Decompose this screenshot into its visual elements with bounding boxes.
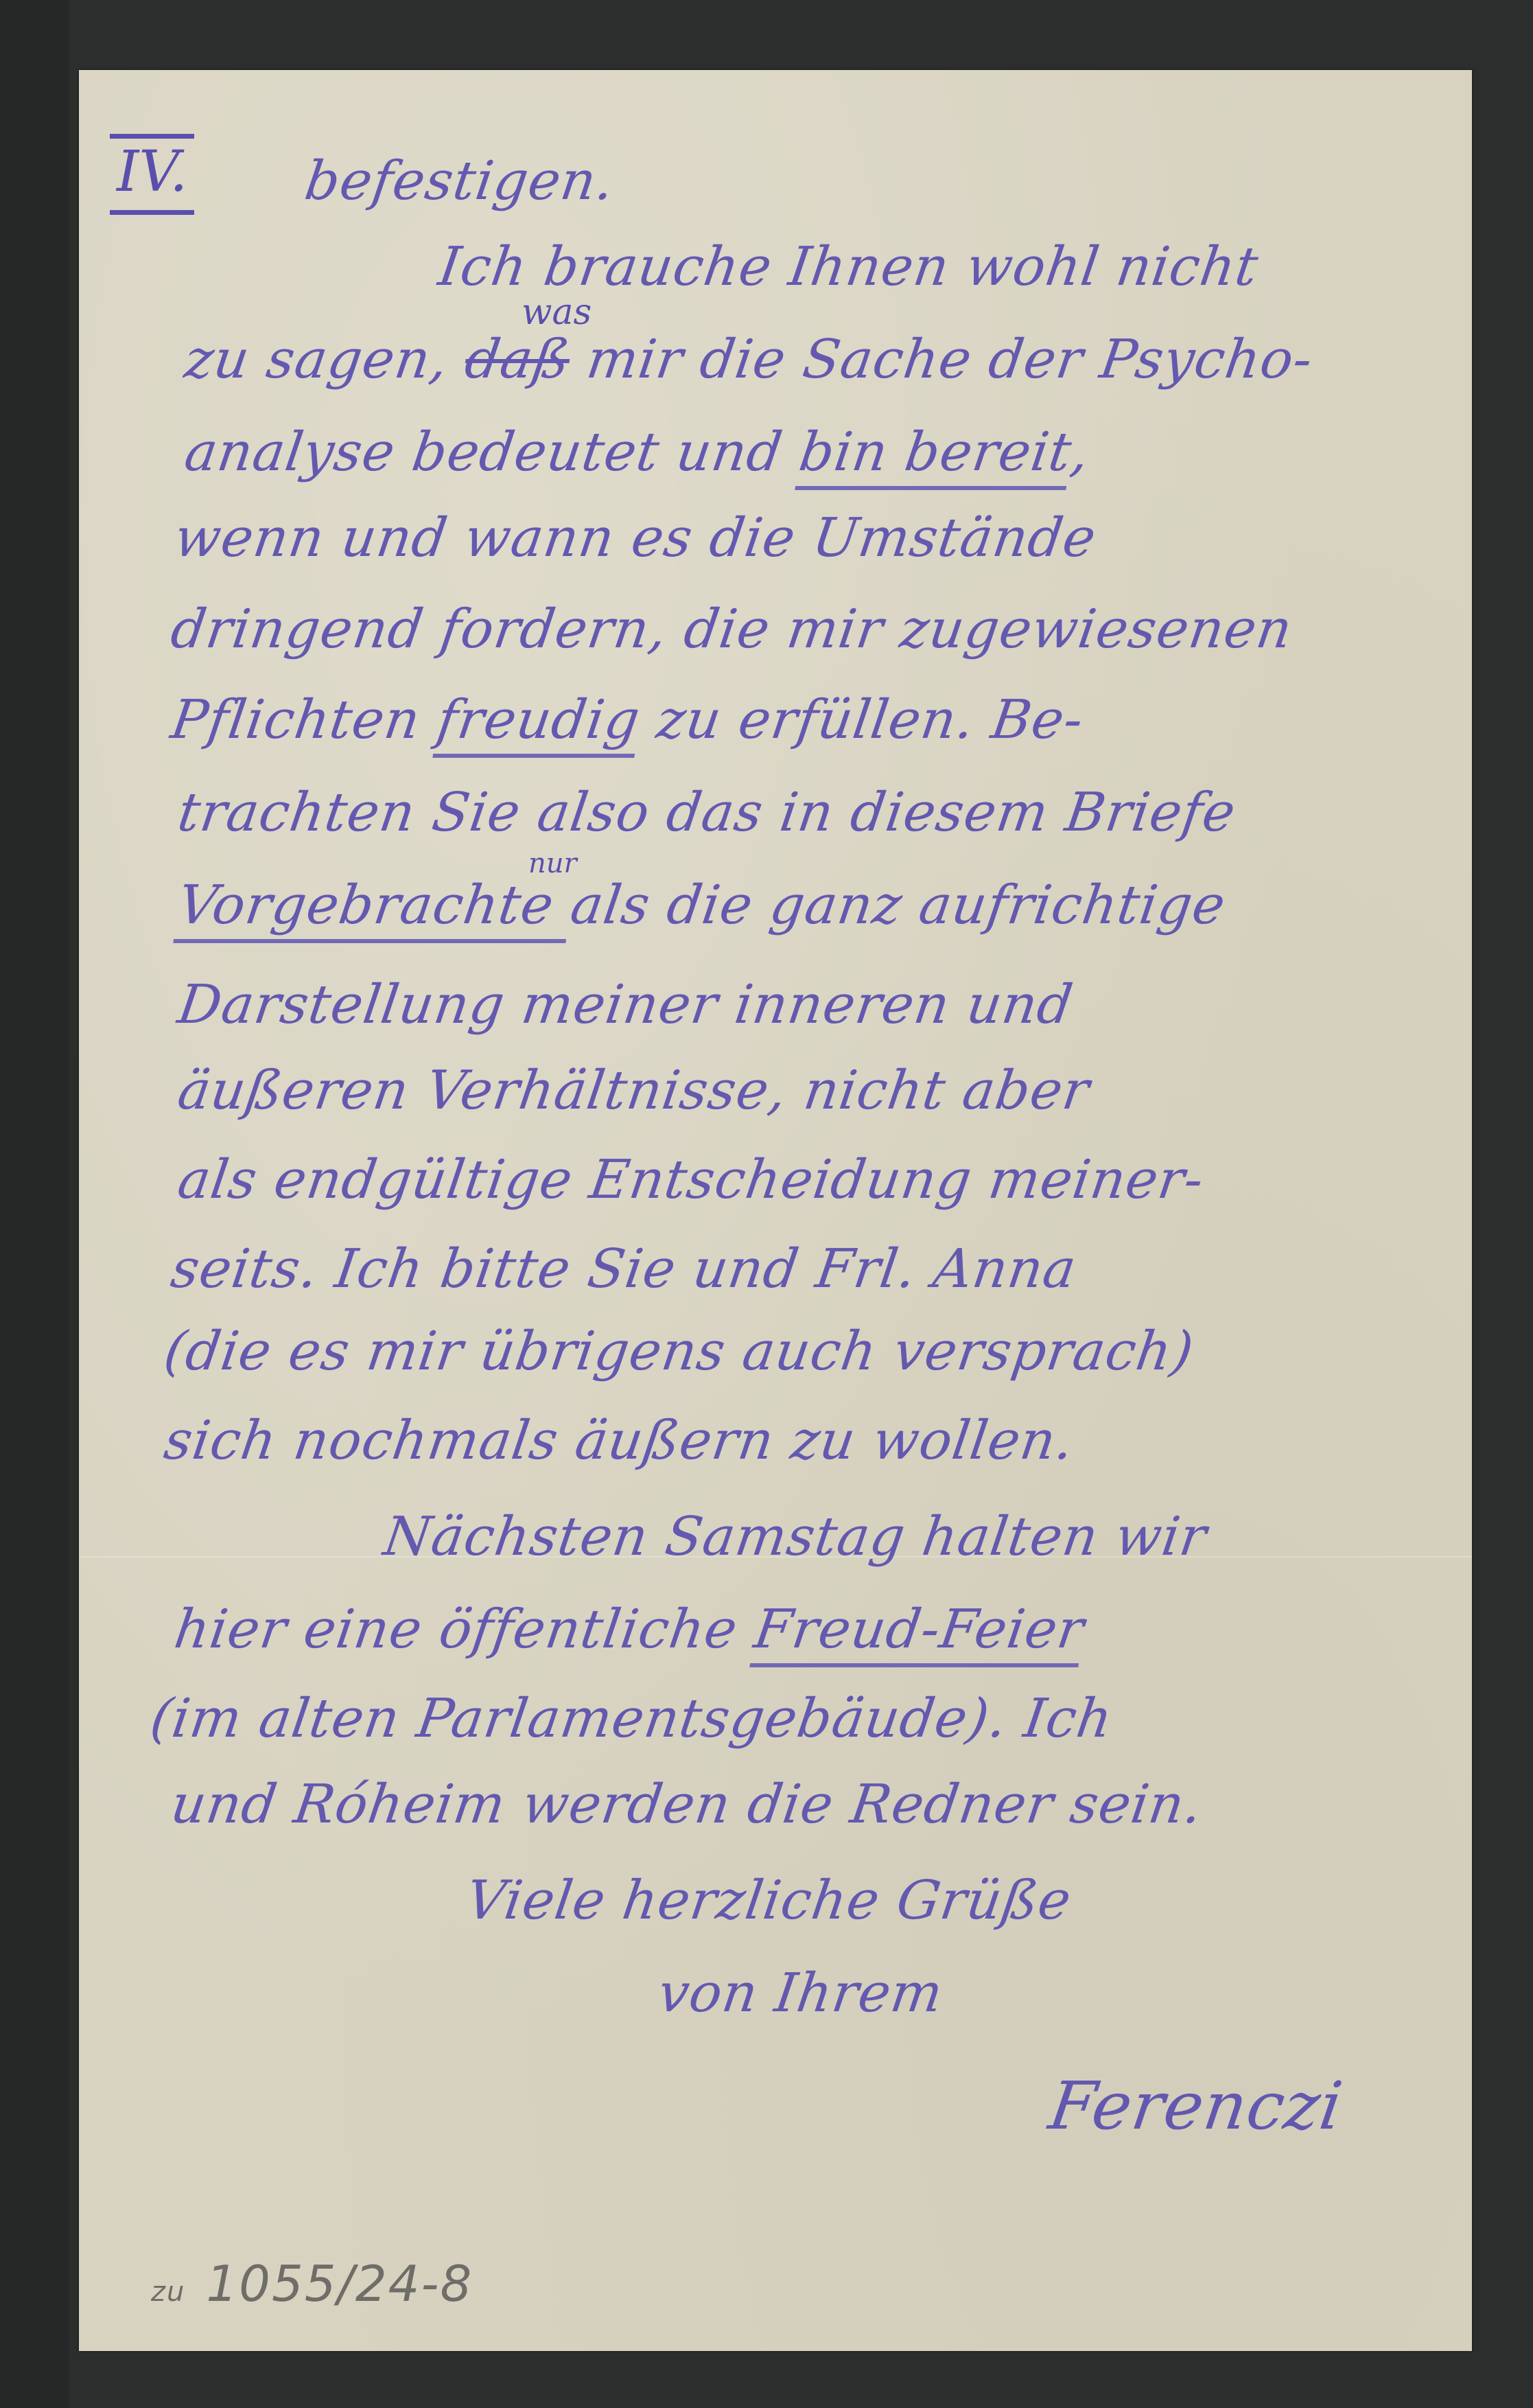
line-text: analyse bedeutet und xyxy=(181,421,804,483)
underlined-word: freudig xyxy=(432,689,644,758)
line-text: mir die Sache der Psycho- xyxy=(565,329,1317,391)
letter-line-10: Darstellung meiner inneren und xyxy=(175,978,1077,1032)
struck-word: daß xyxy=(461,329,574,391)
line-text: als die ganz aufrichtige xyxy=(567,875,1229,936)
underlined-word: Freud-Feier xyxy=(749,1599,1088,1667)
letter-line-7: Pflichten freudig zu erfüllen. Be- xyxy=(168,693,1087,747)
line-text: hier eine öffentliche xyxy=(171,1599,760,1660)
line-text: Vorgebrachte xyxy=(173,875,576,943)
interlinear-insertion: nur xyxy=(528,848,577,879)
letter-line-8: trachten Sie also das in diesem Briefe xyxy=(175,786,1239,840)
signature: Ferenczi xyxy=(1045,2073,1346,2139)
closing-greeting: Viele herzliche Grüße xyxy=(463,1874,1075,1927)
letter-line-3: zu sagen, daß mir die Sache der Psycho- xyxy=(182,333,1316,386)
line-text: zu sagen, xyxy=(181,329,470,391)
interlinear-insertion: was xyxy=(522,292,592,333)
scanner-background xyxy=(0,0,69,2408)
line-text: Pflichten xyxy=(167,689,442,751)
letter-line-12: als endgültige Entscheidung meiner- xyxy=(175,1153,1208,1207)
letter-line-1: befestigen. xyxy=(302,154,618,208)
letter-line-18: (im alten Parlamentsgebäude). Ich xyxy=(148,1692,1116,1746)
archive-reference-mark: zu1055/24-8 xyxy=(151,2255,473,2313)
letter-line-9: Vorgebrachte als die ganz aufrichtige xyxy=(175,879,1229,932)
letter-line-16: Nächsten Samstag halten wir xyxy=(381,1510,1210,1564)
letter-line-15: sich nochmals äußern zu wollen. xyxy=(161,1414,1077,1468)
archive-number: 1055/24-8 xyxy=(206,2255,473,2313)
letter-line-19: und Róheim werden die Redner sein. xyxy=(168,1778,1206,1831)
letter-line-5: wenn und wann es die Umstände xyxy=(172,511,1100,565)
letter-line-6: dringend fordern, die mir zugewiesenen xyxy=(168,603,1296,656)
archive-prefix: zu xyxy=(151,2276,185,2308)
closing-from: von Ihrem xyxy=(655,1967,946,2020)
page-number-heading: IV. xyxy=(110,134,194,215)
letter-line-13: seits. Ich bitte Sie und Frl. Anna xyxy=(168,1242,1080,1296)
letter-line-4: analyse bedeutet und bin bereit, xyxy=(182,426,1093,479)
letter-line-2: Ich brauche Ihnen wohl nicht xyxy=(436,240,1262,294)
underlined-phrase: bin bereit xyxy=(795,421,1076,490)
letter-line-14: (die es mir übrigens auch versprach) xyxy=(161,1325,1197,1378)
letter-line-17: hier eine öffentliche Freud-Feier xyxy=(172,1603,1088,1656)
letter-line-11: äußeren Verhältnisse, nicht aber xyxy=(175,1064,1093,1118)
line-text: zu erfüllen. Be- xyxy=(635,689,1088,751)
